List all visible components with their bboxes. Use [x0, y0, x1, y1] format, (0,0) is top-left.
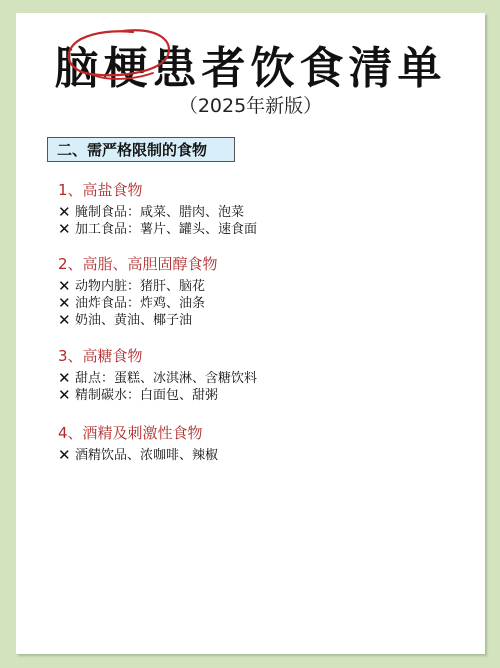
item-list: ✕酒精饮品、浓咖啡、辣椒	[58, 447, 218, 464]
cross-icon: ✕	[58, 312, 70, 329]
cross-icon: ✕	[58, 295, 70, 312]
list-item: ✕动物内脏：猪肝、脑花	[58, 278, 218, 295]
document-card: 脑梗患者饮食清单 （2025年新版） 二、需严格限制的食物 1、高盐食物 ✕腌制…	[16, 13, 485, 654]
list-item: ✕奶油、黄油、椰子油	[58, 312, 218, 329]
group-heading: 1、高盐食物	[58, 180, 257, 200]
list-item: ✕精制碳水：白面包、甜粥	[58, 387, 257, 404]
cross-icon: ✕	[58, 204, 70, 221]
item-list: ✕甜点：蛋糕、冰淇淋、含糖饮料 ✕精制碳水：白面包、甜粥	[58, 370, 257, 404]
item-text: 动物内脏：猪肝、脑花	[75, 278, 205, 295]
food-group-high-sugar: 3、高糖食物 ✕甜点：蛋糕、冰淇淋、含糖饮料 ✕精制碳水：白面包、甜粥	[58, 346, 257, 404]
cross-icon: ✕	[58, 387, 70, 404]
item-text: 加工食品：薯片、罐头、速食面	[75, 221, 257, 238]
item-text: 油炸食品：炸鸡、油条	[75, 295, 205, 312]
cross-icon: ✕	[58, 370, 70, 387]
item-text: 腌制食品：咸菜、腊肉、泡菜	[75, 204, 244, 221]
section-heading: 二、需严格限制的食物	[47, 137, 235, 162]
list-item: ✕腌制食品：咸菜、腊肉、泡菜	[58, 204, 257, 221]
group-heading: 4、酒精及刺激性食物	[58, 423, 218, 443]
list-item: ✕油炸食品：炸鸡、油条	[58, 295, 218, 312]
group-heading: 3、高糖食物	[58, 346, 257, 366]
list-item: ✕甜点：蛋糕、冰淇淋、含糖饮料	[58, 370, 257, 387]
title-rest-text: 患者饮食清单	[153, 43, 447, 94]
cross-icon: ✕	[58, 278, 70, 295]
item-text: 酒精饮品、浓咖啡、辣椒	[75, 447, 218, 464]
title-circled-text: 脑梗	[55, 41, 153, 97]
page-title: 脑梗患者饮食清单	[16, 41, 485, 97]
page-subtitle: （2025年新版）	[16, 91, 485, 118]
food-group-high-salt: 1、高盐食物 ✕腌制食品：咸菜、腊肉、泡菜 ✕加工食品：薯片、罐头、速食面	[58, 180, 257, 238]
item-list: ✕腌制食品：咸菜、腊肉、泡菜 ✕加工食品：薯片、罐头、速食面	[58, 204, 257, 238]
item-list: ✕动物内脏：猪肝、脑花 ✕油炸食品：炸鸡、油条 ✕奶油、黄油、椰子油	[58, 278, 218, 329]
item-text: 精制碳水：白面包、甜粥	[75, 387, 218, 404]
food-group-alcohol-stimulants: 4、酒精及刺激性食物 ✕酒精饮品、浓咖啡、辣椒	[58, 423, 218, 464]
cross-icon: ✕	[58, 221, 70, 238]
list-item: ✕加工食品：薯片、罐头、速食面	[58, 221, 257, 238]
cross-icon: ✕	[58, 447, 70, 464]
item-text: 甜点：蛋糕、冰淇淋、含糖饮料	[75, 370, 257, 387]
food-group-high-fat: 2、高脂、高胆固醇食物 ✕动物内脏：猪肝、脑花 ✕油炸食品：炸鸡、油条 ✕奶油、…	[58, 254, 218, 329]
group-heading: 2、高脂、高胆固醇食物	[58, 254, 218, 274]
list-item: ✕酒精饮品、浓咖啡、辣椒	[58, 447, 218, 464]
item-text: 奶油、黄油、椰子油	[75, 312, 192, 329]
